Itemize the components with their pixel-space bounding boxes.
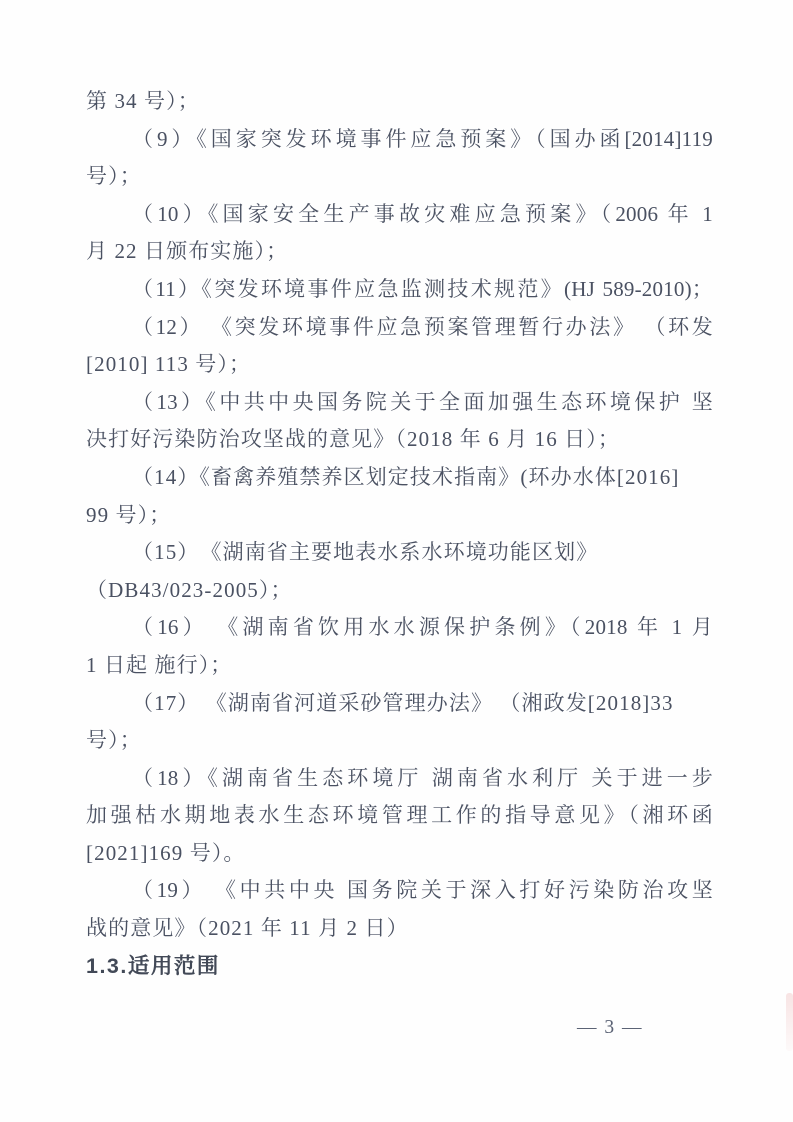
document-line: [2010] 113 号）； <box>86 346 713 384</box>
document-line: （13）《中共中央国务院关于全面加强生态环境保护 坚 <box>86 384 713 422</box>
document-line: （15） 《湖南省主要地表水系水环境功能区划》 <box>86 534 713 572</box>
document-line: 决打好污染防治攻坚战的意见》（2018 年 6 月 16 日）； <box>86 421 713 459</box>
section-heading: 1.3.适用范围 <box>86 948 713 986</box>
document-line: （17） 《湖南省河道采砂管理办法》 （湘政发[2018]33 <box>86 685 713 723</box>
document-line: 第 34 号）； <box>86 83 713 121</box>
scan-artifact <box>786 993 793 1051</box>
document-line: 号）； <box>86 722 713 760</box>
document-line: 1 日起 施行）； <box>86 647 713 685</box>
document-line: 99 号）； <box>86 497 713 535</box>
document-line: [2021]169 号）。 <box>86 835 713 873</box>
page-number: — 3 — <box>577 1017 643 1039</box>
document-line: （16） 《湖南省饮用水水源保护条例》（2018 年 1 月 <box>86 609 713 647</box>
document-line: （14）《畜禽养殖禁养区划定技术指南》(环办水体[2016] <box>86 459 713 497</box>
document-line: 战的意见》（2021 年 11 月 2 日） <box>86 910 713 948</box>
document-line: （18）《湖南省生态环境厅 湖南省水利厅 关于进一步 <box>86 760 713 798</box>
document-line: （10）《国家安全生产事故灾难应急预案》（2006 年 1 <box>86 196 713 234</box>
document-line: （12） 《突发环境事件应急预案管理暂行办法》 （环发 <box>86 309 713 347</box>
document-line: （DB43/023-2005）； <box>86 572 713 610</box>
document-line: 加强枯水期地表水生态环境管理工作的指导意见》（湘环函 <box>86 797 713 835</box>
document-line: （9）《国家突发环境事件应急预案》（国办函[2014]119 <box>86 121 713 159</box>
document-line: 月 22 日颁布实施）； <box>86 233 713 271</box>
document-line: 号）； <box>86 158 713 196</box>
document-page: 第 34 号）；（9）《国家突发环境事件应急预案》（国办函[2014]119号）… <box>0 0 793 1122</box>
document-text-block: 第 34 号）；（9）《国家突发环境事件应急预案》（国办函[2014]119号）… <box>86 83 713 985</box>
document-line: （19） 《中共中央 国务院关于深入打好污染防治攻坚 <box>86 872 713 910</box>
document-line: （11）《突发环境事件应急监测技术规范》(HJ 589-2010)； <box>86 271 713 309</box>
